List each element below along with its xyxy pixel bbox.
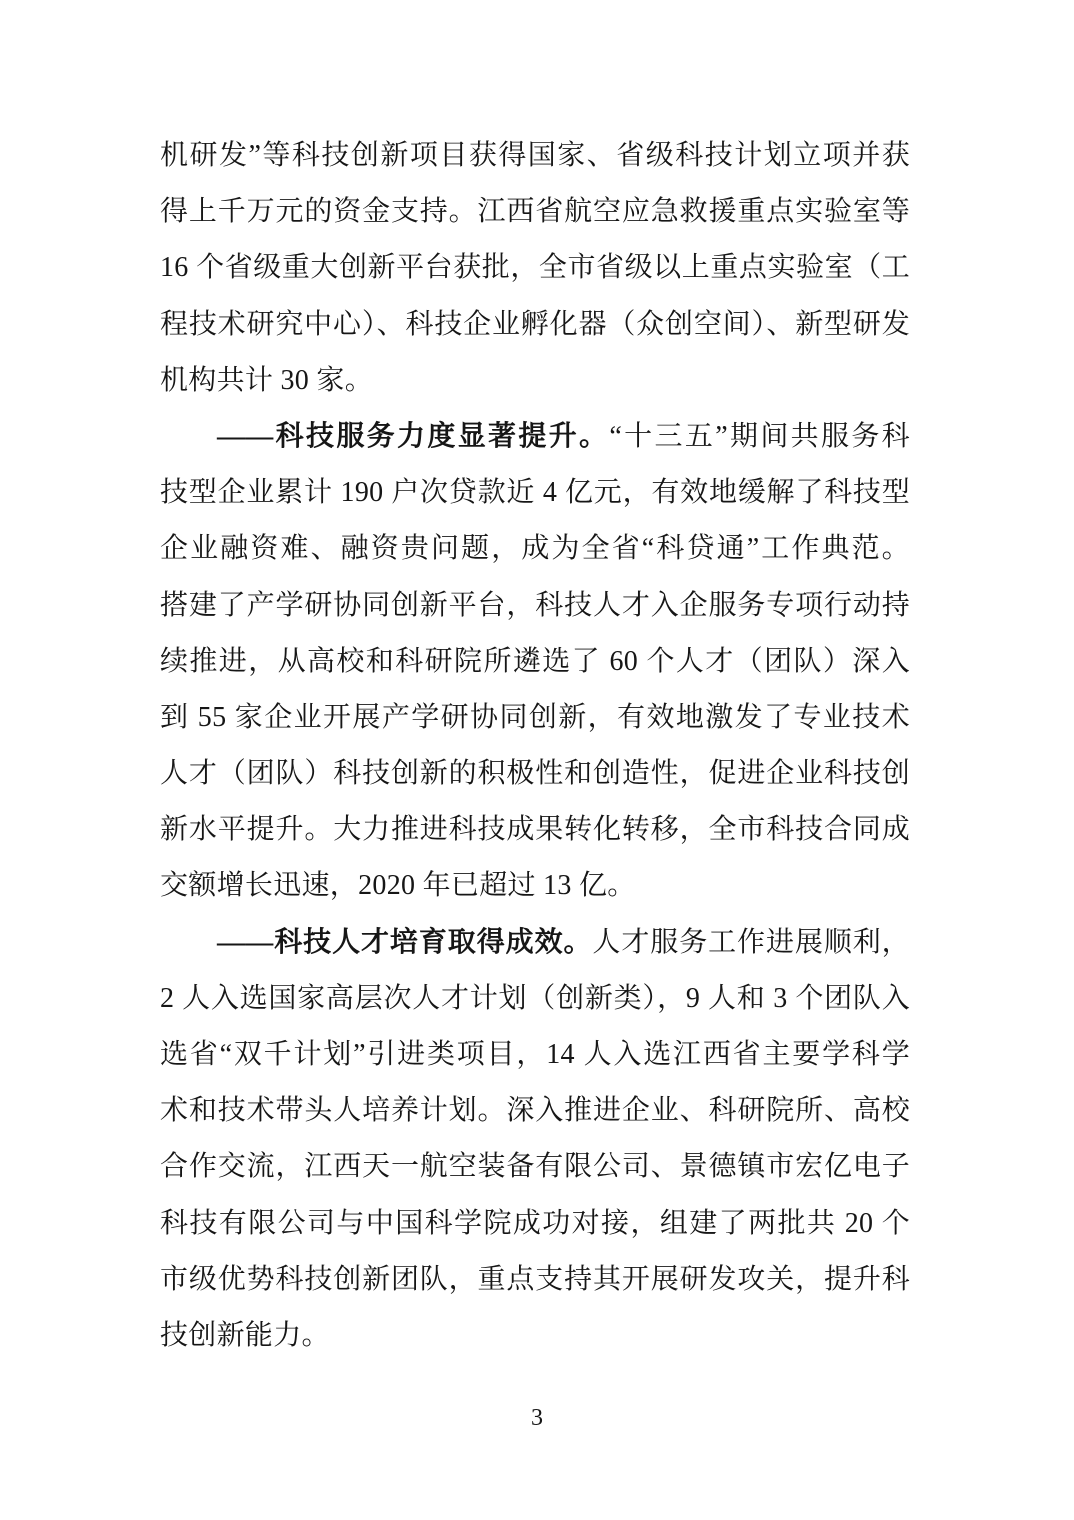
text-line: 企业融资难、融资贵问题，成为全省“科贷通”工作典范。 xyxy=(160,521,910,577)
text-line: 16 个省级重大创新平台获批，全市省级以上重点实验室（工 xyxy=(160,240,910,296)
text-line: 技型企业累计 190 户次贷款近 4 亿元，有效地缓解了科技型 xyxy=(160,465,910,521)
bold-text-run: ——科技服务力度显著提升。 xyxy=(217,421,609,452)
text-run: 16 个省级重大创新平台获批，全市省级以上重点实验室（工 xyxy=(160,252,910,283)
text-run: 企业融资难、融资贵问题，成为全省“科贷通”工作典范。 xyxy=(160,533,910,564)
text-line: 选省“双千计划”引进类项目，14 人入选江西省主要学科学 xyxy=(160,1027,910,1083)
text-run: 机研发”等科技创新项目获得国家、省级科技计划立项并获 xyxy=(160,140,910,171)
text-line: 技创新能力。 xyxy=(160,1308,910,1364)
text-run: 人才服务工作进展顺利， xyxy=(592,927,910,958)
page-number: 3 xyxy=(0,1398,1074,1438)
paragraph-continuation: 机研发”等科技创新项目获得国家、省级科技计划立项并获得上千万元的资金支持。江西省… xyxy=(160,128,910,409)
text-run: 人才（团队）科技创新的积极性和创造性，促进企业科技创 xyxy=(160,758,910,789)
text-run: 合作交流，江西天一航空装备有限公司、景德镇市宏亿电子 xyxy=(160,1151,910,1182)
text-run: 科技有限公司与中国科学院成功对接，组建了两批共 20 个 xyxy=(160,1208,910,1239)
text-run: 市级优势科技创新团队，重点支持其开展研发攻关，提升科 xyxy=(160,1264,910,1295)
text-line: 2 人入选国家高层次人才计划（创新类），9 人和 3 个团队入 xyxy=(160,971,910,1027)
text-line: 得上千万元的资金支持。江西省航空应急救援重点实验室等 xyxy=(160,184,910,240)
text-run: 到 55 家企业开展产学研协同创新，有效地激发了专业技术 xyxy=(160,702,910,733)
paragraph-tech-service: ——科技服务力度显著提升。“十三五”期间共服务科技型企业累计 190 户次贷款近… xyxy=(160,409,910,915)
text-run: 搭建了产学研协同创新平台，科技人才入企服务专项行动持 xyxy=(160,590,910,621)
text-line: 合作交流，江西天一航空装备有限公司、景德镇市宏亿电子 xyxy=(160,1139,910,1195)
text-run: 续推进，从高校和科研院所遴选了 60 个人才（团队）深入 xyxy=(160,646,910,677)
text-run: 选省“双千计划”引进类项目，14 人入选江西省主要学科学 xyxy=(160,1039,910,1070)
text-line: 新水平提升。大力推进科技成果转化转移，全市科技合同成 xyxy=(160,802,910,858)
text-run: 交额增长迅速，2020 年已超过 13 亿。 xyxy=(160,870,636,901)
text-line: 程技术研究中心）、科技企业孵化器（众创空间）、新型研发 xyxy=(160,297,910,353)
text-run: 2 人入选国家高层次人才计划（创新类），9 人和 3 个团队入 xyxy=(160,983,910,1014)
document-page: 机研发”等科技创新项目获得国家、省级科技计划立项并获得上千万元的资金支持。江西省… xyxy=(0,0,1074,1520)
text-run: “十三五”期间共服务科 xyxy=(609,421,910,452)
text-run: 技型企业累计 190 户次贷款近 4 亿元，有效地缓解了科技型 xyxy=(160,477,910,508)
text-run: 程技术研究中心）、科技企业孵化器（众创空间）、新型研发 xyxy=(160,309,910,340)
text-run: 技创新能力。 xyxy=(160,1320,330,1351)
text-line: 机研发”等科技创新项目获得国家、省级科技计划立项并获 xyxy=(160,128,910,184)
text-line: 科技有限公司与中国科学院成功对接，组建了两批共 20 个 xyxy=(160,1196,910,1252)
text-line: 续推进，从高校和科研院所遴选了 60 个人才（团队）深入 xyxy=(160,634,910,690)
text-run: 得上千万元的资金支持。江西省航空应急救援重点实验室等 xyxy=(160,196,910,227)
text-line: 人才（团队）科技创新的积极性和创造性，促进企业科技创 xyxy=(160,746,910,802)
document-body: 机研发”等科技创新项目获得国家、省级科技计划立项并获得上千万元的资金支持。江西省… xyxy=(160,128,910,1364)
text-run: 机构共计 30 家。 xyxy=(160,365,373,396)
text-line: 交额增长迅速，2020 年已超过 13 亿。 xyxy=(160,858,910,914)
text-line: ——科技人才培育取得成效。人才服务工作进展顺利， xyxy=(160,915,910,971)
bold-text-run: ——科技人才培育取得成效。 xyxy=(217,927,592,958)
text-line: 机构共计 30 家。 xyxy=(160,353,910,409)
text-line: ——科技服务力度显著提升。“十三五”期间共服务科 xyxy=(160,409,910,465)
text-line: 术和技术带头人培养计划。深入推进企业、科研院所、高校 xyxy=(160,1083,910,1139)
paragraph-talent-cultivation: ——科技人才培育取得成效。人才服务工作进展顺利，2 人入选国家高层次人才计划（创… xyxy=(160,915,910,1365)
text-run: 术和技术带头人培养计划。深入推进企业、科研院所、高校 xyxy=(160,1095,910,1126)
text-run: 新水平提升。大力推进科技成果转化转移，全市科技合同成 xyxy=(160,814,910,845)
text-line: 搭建了产学研协同创新平台，科技人才入企服务专项行动持 xyxy=(160,578,910,634)
text-line: 市级优势科技创新团队，重点支持其开展研发攻关，提升科 xyxy=(160,1252,910,1308)
text-line: 到 55 家企业开展产学研协同创新，有效地激发了专业技术 xyxy=(160,690,910,746)
